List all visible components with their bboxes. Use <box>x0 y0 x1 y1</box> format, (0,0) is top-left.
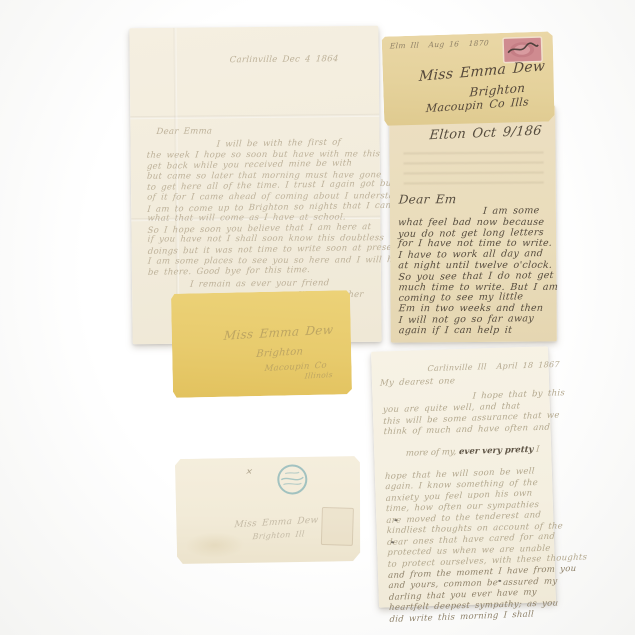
emphasis-post: I <box>533 445 540 455</box>
letter-salutation: Dear Em <box>398 192 457 206</box>
handwriting-line: be there. Good bye for this time. <box>148 264 374 278</box>
ink-show-through <box>403 152 543 191</box>
letter-elton: Elton Oct 9/186 Dear Em I am somewhat fe… <box>389 105 557 342</box>
envelope-address-line: Miss Emma Dew <box>234 515 319 530</box>
letter-body: I hope that by thisyou are quite well, a… <box>382 389 550 625</box>
letter-body-first: I hope that by thisyou are quite well, a… <box>382 389 544 438</box>
letter-body: I am somewhat feel bad now becauseyou do… <box>398 206 551 337</box>
envelope-tan: Elm Ill Aug 16 1870 Miss Emma Dew Bright… <box>382 31 556 126</box>
envelope-address-line: Miss Emma Dew <box>223 323 334 343</box>
paper-stain <box>184 532 245 559</box>
emphasis-pre: more of my, <box>406 447 460 459</box>
letter-body-final: and from the moment I have from youand y… <box>388 565 551 625</box>
envelope-white: ✕ Miss Emma Dew Brighton Ill <box>175 455 362 565</box>
photo-canvas: Carlinville Dec 4 1864 Dear Emma I will … <box>0 0 635 635</box>
envelope-address-line: Illinois <box>304 370 333 381</box>
emphasis-bold-text: ever very pretty <box>459 445 534 457</box>
letter-dateline: Carlinville Dec 4 1864 <box>229 54 339 65</box>
letter-body-second: hope that he will soon be wellagain. I k… <box>385 466 549 570</box>
pencil-date-note: Elm Ill Aug 16 1870 <box>390 38 489 50</box>
envelope-yellow: Miss Emma Dew Brighton Macoupin Co Illin… <box>171 290 352 398</box>
letter-dateline: Carlinville Ill April 18 1867 <box>427 360 560 373</box>
letter-closing: I remain as ever your friend <box>190 278 330 289</box>
postmark-stamp-icon <box>271 461 314 500</box>
envelope-address-line: Macoupin Co Ills <box>425 95 529 115</box>
handwriting-line-emphasis: more of my, ever very pretty I <box>383 433 546 471</box>
letter-salutation: My dearest one <box>380 376 456 388</box>
letter-body: I will be with the first ofthe week I ho… <box>147 138 373 278</box>
letter-salutation: Dear Emma <box>156 126 213 137</box>
stamp-remnant-patch <box>321 507 354 546</box>
envelope-address-line: Brighton <box>256 346 304 360</box>
pencil-x-mark: ✕ <box>245 467 253 476</box>
letter-dateline: Elton Oct 9/186 <box>429 124 543 144</box>
envelope-address-line: Brighton Ill <box>252 529 305 541</box>
envelope-address-line: Miss Emma Dew <box>419 58 546 85</box>
handwriting-line: again if I can help it <box>398 326 551 337</box>
fold-crease <box>130 114 379 120</box>
letter-april: Carlinville Ill April 18 1867 My dearest… <box>371 346 556 607</box>
